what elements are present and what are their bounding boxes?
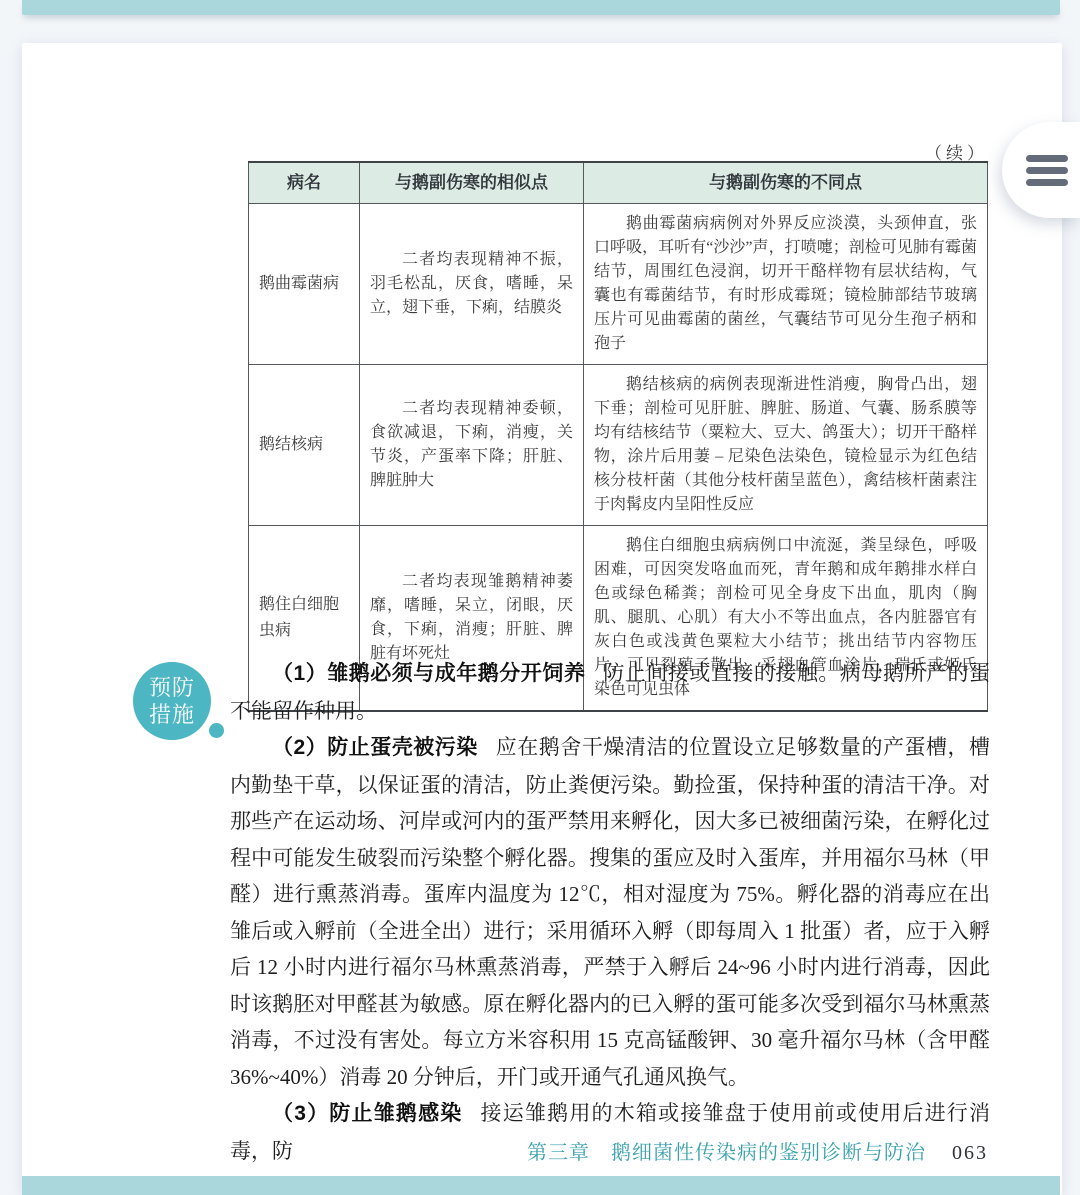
col-header-disease-name: 病名: [249, 162, 360, 203]
page-number: 063: [952, 1142, 988, 1165]
page-footer: 第三章 鹅细菌性传染病的鉴别诊断与防治 063: [527, 1136, 988, 1165]
cell-disease-name: 鹅结核病: [249, 364, 360, 525]
paragraph-lead: （2）防止蛋壳被污染: [272, 736, 478, 759]
paragraph-lead: （1）雏鹅必须与成年鹅分开饲养: [272, 662, 585, 685]
previous-page-bottom-band: [22, 0, 1060, 15]
table-header-row: 病名 与鹅副伤寒的相似点 与鹅副伤寒的不同点: [249, 162, 988, 203]
paragraph-body: 应在鹅舍干燥清洁的位置设立足够数量的产蛋槽，槽内勤垫干草，以保证蛋的清洁，防止粪…: [230, 735, 990, 1089]
hamburger-menu-icon: [1026, 155, 1068, 186]
reader-background: （续） 病名 与鹅副伤寒的相似点 与鹅副伤寒的不同点 鹅曲霉菌病 二者均表现精神…: [0, 0, 1080, 1195]
table-row: 鹅曲霉菌病 二者均表现精神不振，羽毛松乱，厌食，嗜睡，呆立，翅下垂，下痢，结膜炎…: [249, 203, 988, 364]
paragraph: （2）防止蛋壳被污染应在鹅舍干燥清洁的位置设立足够数量的产蛋槽，槽内勤垫干草，以…: [230, 729, 990, 1095]
cell-differences: 鹅曲霉菌病病例对外界反应淡漠，头颈伸直，张口呼吸，耳听有“沙沙”声，打喷嚏；剖检…: [584, 203, 988, 364]
paragraph-lead: （3）防止雏鹅感染: [272, 1102, 463, 1125]
prevention-measures-badge: 预防 措施: [133, 662, 211, 740]
cell-differences: 鹅结核病的病例表现渐进性消瘦，胸骨凸出，翅下垂；剖检可见肝脏、脾脏、肠道、气囊、…: [584, 364, 988, 525]
disease-comparison-table: 病名 与鹅副伤寒的相似点 与鹅副伤寒的不同点 鹅曲霉菌病 二者均表现精神不振，羽…: [248, 161, 988, 712]
table-row: 鹅结核病 二者均表现精神委顿，食欲减退，下痢，消瘦，关节炎，产蛋率下降；肝脏、脾…: [249, 364, 988, 525]
page-bottom-band: [22, 1176, 1060, 1195]
cell-similarities: 二者均表现精神委顿，食欲减退，下痢，消瘦，关节炎，产蛋率下降；肝脏、脾脏肿大: [360, 364, 584, 525]
badge-tail-dot: [209, 723, 224, 738]
chapter-title: 第三章 鹅细菌性传染病的鉴别诊断与防治: [527, 1136, 926, 1165]
body-text: （1）雏鹅必须与成年鹅分开饲养防止间接或直接的接触。病母鹅所产的蛋不能留作种用。…: [230, 655, 990, 1169]
col-header-differences: 与鹅副伤寒的不同点: [584, 162, 988, 203]
col-header-similarities: 与鹅副伤寒的相似点: [360, 162, 584, 203]
cell-similarities: 二者均表现精神不振，羽毛松乱，厌食，嗜睡，呆立，翅下垂，下痢，结膜炎: [360, 203, 584, 364]
paragraph: （1）雏鹅必须与成年鹅分开饲养防止间接或直接的接触。病母鹅所产的蛋不能留作种用。: [230, 655, 990, 729]
book-page: （续） 病名 与鹅副伤寒的相似点 与鹅副伤寒的不同点 鹅曲霉菌病 二者均表现精神…: [22, 43, 1062, 1195]
badge-label-line2: 措施: [149, 701, 195, 728]
badge-label-line1: 预防: [149, 674, 195, 701]
cell-disease-name: 鹅曲霉菌病: [249, 203, 360, 364]
